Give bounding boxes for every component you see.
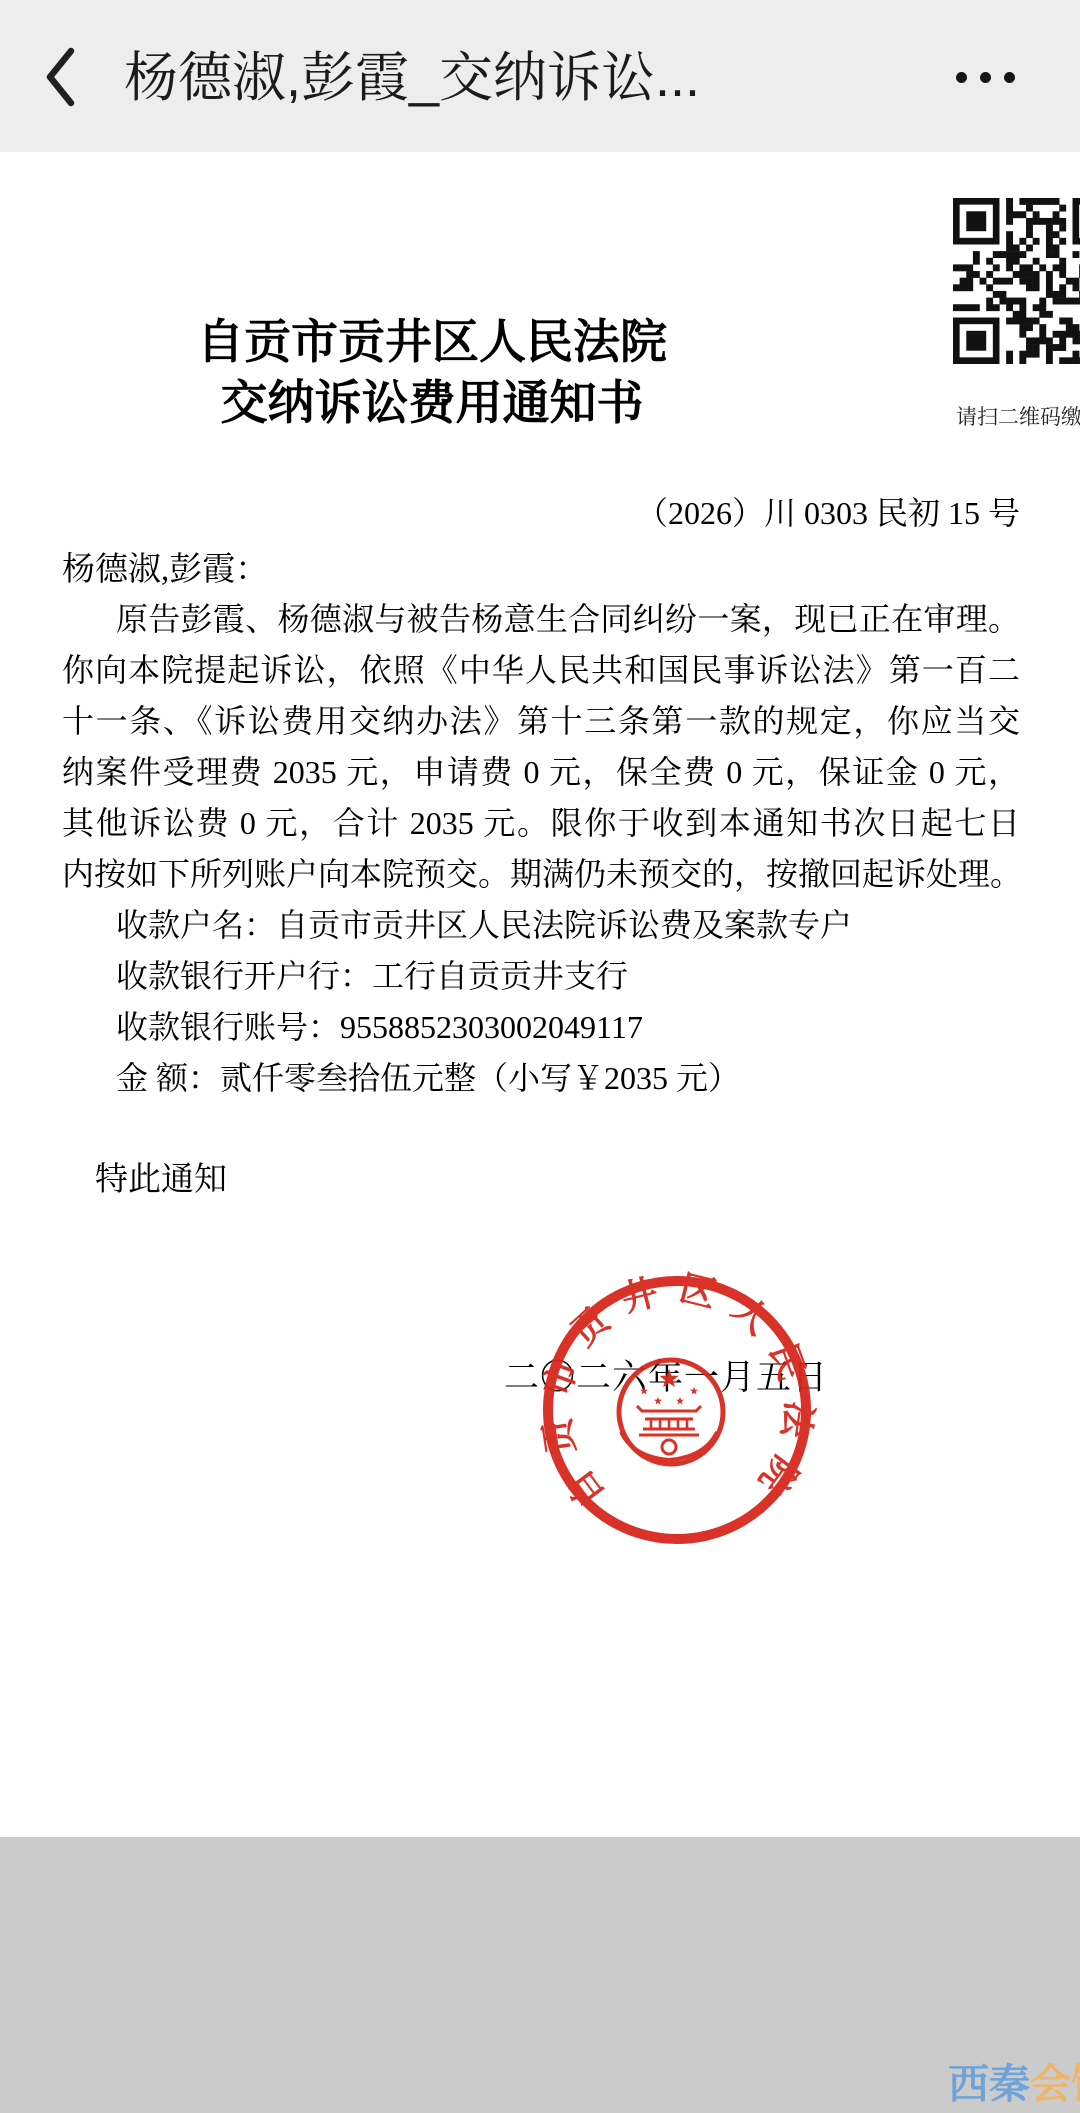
ellipsis-icon <box>1004 72 1015 83</box>
more-menu-button[interactable] <box>948 44 1056 110</box>
closing-phrase: 特此通知 <box>95 1153 227 1200</box>
document-page: 自贡市贡井区人民法院 交纳诉讼费用通知书 请扫二维码缴费 （2026）川 030… <box>0 152 1080 1837</box>
official-seal: 自贡市贡井区人民法院 <box>527 1260 827 1560</box>
watermark-part1: 西秦 <box>948 2061 1030 2107</box>
case-number: （2026）川 0303 民初 15 号 <box>62 488 1020 534</box>
ellipsis-icon <box>980 72 991 83</box>
body-line: 收款户名：自贡市贡井区人民法院诉讼费及案款专户 <box>62 900 1020 951</box>
document-title: 自贡市贡井区人民法院 交纳诉讼费用通知书 <box>0 311 864 433</box>
body-lines: 原告彭霞、杨德淑与被告杨意生合同纠纷一案，现已正在审理。你向本院提起诉讼，依照《… <box>62 594 1020 1104</box>
body-line: 金 额：贰仟零叁拾伍元整（小写￥2035 元） <box>62 1053 1020 1104</box>
body-line: 十一条、《诉讼费用交纳办法》第十三条第一款的规定，你应当交 <box>62 696 1020 747</box>
qr-caption: 请扫二维码缴费 <box>956 401 1080 431</box>
body-line: 纳案件受理费 2035 元，申请费 0 元，保全费 0 元，保证金 0 元， <box>62 747 1020 798</box>
bottom-area <box>0 1837 1080 2113</box>
body-line: 其他诉讼费 0 元，合计 2035 元。限你于收到本通知书次日起七日 <box>62 798 1020 849</box>
body-line: 收款银行开户行：工行自贡贡井支行 <box>62 951 1020 1002</box>
ellipsis-icon <box>956 72 967 83</box>
qr-code <box>953 198 1080 364</box>
body-line: 收款银行账号：9558852303002049117 <box>62 1002 1020 1053</box>
document-filename-title: 杨德淑,彭霞_交纳诉讼... <box>124 0 700 152</box>
app-bar: 杨德淑,彭霞_交纳诉讼... <box>0 0 1080 152</box>
national-emblem <box>619 1360 723 1464</box>
body-line: 内按如下所列账户向本院预交。期满仍未预交的，按撤回起诉处理。 <box>62 849 1020 900</box>
notice-type: 交纳诉讼费用通知书 <box>0 372 864 433</box>
watermark-part2: 会馆 <box>1030 2061 1080 2107</box>
chevron-left-icon <box>44 46 76 108</box>
salutation: 杨德淑,彭霞： <box>62 543 268 590</box>
seal-arc-text: 自贡市贡井区人民法院 <box>535 1268 820 1515</box>
court-name: 自贡市贡井区人民法院 <box>0 311 864 372</box>
back-button[interactable] <box>30 34 90 120</box>
body-line: 原告彭霞、杨德淑与被告杨意生合同纠纷一案，现已正在审理。 <box>62 594 1020 645</box>
watermark: 西秦会馆 <box>948 2064 1080 2105</box>
screen: { "colors":{ "appbar_bg":"#ededed", "pag… <box>0 0 1080 2113</box>
body-line: 你向本院提起诉讼，依照《中华人民共和国民事诉讼法》第一百二 <box>62 645 1020 696</box>
